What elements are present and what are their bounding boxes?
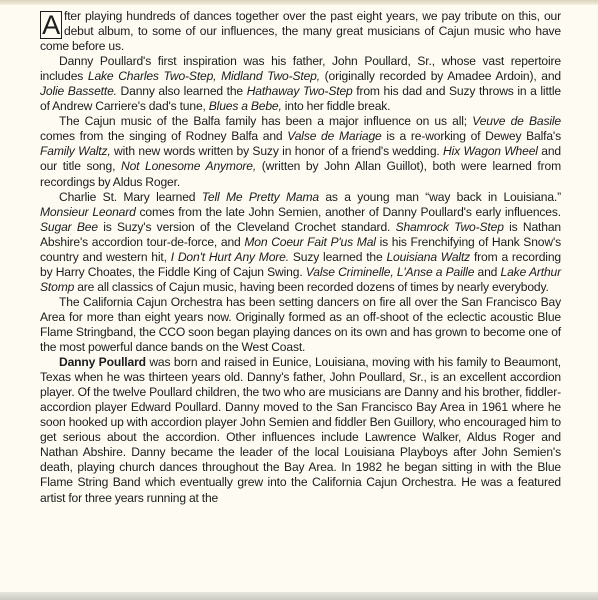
paragraph-intro: After playing hundreds of dances togethe… xyxy=(40,9,561,54)
bold-name: Danny Poullard xyxy=(59,355,146,369)
text-run: fter playing hundreds of dances together… xyxy=(40,9,561,53)
text-run: comes from the late John Semien, another… xyxy=(136,205,561,219)
paragraph-charlie-st-mary: Charlie St. Mary learned Tell Me Pretty … xyxy=(40,190,561,295)
text-run: as a young man “way back in Louisiana.” xyxy=(319,190,561,204)
text-run: with new words written by Suzy in honor … xyxy=(111,144,443,158)
song-title: Lake Charles Two-Step, Midland Two-Step, xyxy=(88,69,320,83)
text-run: comes from the singing of Rodney Balfa a… xyxy=(40,129,287,143)
text-run: into her fiddle break. xyxy=(282,99,391,113)
text-run: is Suzy's version of the Cleveland Croch… xyxy=(98,220,396,234)
text-run: is a re-working of Dewey Balfa's xyxy=(382,129,561,143)
song-title: I Don't Hurt Any More. xyxy=(171,250,289,264)
paragraph-balfa-family: The Cajun music of the Balfa family has … xyxy=(40,114,561,189)
song-title: Mon Coeur Fait P'us Mal xyxy=(244,235,375,249)
text-run: Danny also learned the xyxy=(117,84,247,98)
song-title: Tell Me Pretty Mama xyxy=(202,190,319,204)
song-title: Not Lonesome Anymore, xyxy=(121,159,256,173)
song-title: Shamrock Two-Step xyxy=(396,220,504,234)
text-run: Charlie St. Mary learned xyxy=(59,190,202,204)
song-title: Valse Criminelle, L'Anse a Paille xyxy=(306,265,474,279)
song-title: Hathaway Two-Step xyxy=(247,84,353,98)
text-run: and xyxy=(474,265,500,279)
page-top-edge xyxy=(0,0,598,5)
song-title: Blues a Bebe, xyxy=(209,99,282,113)
liner-notes-text: After playing hundreds of dances togethe… xyxy=(40,9,561,506)
song-title: Sugar Bee xyxy=(40,220,98,234)
page-bottom-edge xyxy=(0,592,598,600)
text-run: (originally recorded by Amadee Ardoin), … xyxy=(320,69,561,83)
song-title: Louisiana Waltz xyxy=(386,250,470,264)
paragraph-danny-inspiration: Danny Poullard's first inspiration was h… xyxy=(40,54,561,114)
text-run: was born and raised in Eunice, Louisiana… xyxy=(40,355,561,504)
song-title: Hix Wagon Wheel xyxy=(443,144,538,158)
dropcap-letter: A xyxy=(40,11,62,39)
song-title: Valse de Mariage xyxy=(287,129,381,143)
song-title: Family Waltz, xyxy=(40,144,111,158)
text-run: The California Cajun Orchestra has been … xyxy=(40,295,561,354)
paragraph-danny-poullard-bio: Danny Poullard was born and raised in Eu… xyxy=(40,355,561,505)
paragraph-cco-history: The California Cajun Orchestra has been … xyxy=(40,295,561,355)
text-run: are all classics of Cajun music, having … xyxy=(74,280,549,294)
song-title: Jolie Bassette. xyxy=(40,84,117,98)
text-run: Suzy learned the xyxy=(289,250,387,264)
text-run: The Cajun music of the Balfa family has … xyxy=(59,114,472,128)
song-title: Veuve de Basile xyxy=(472,114,561,128)
song-title: Monsieur Leonard xyxy=(40,205,136,219)
